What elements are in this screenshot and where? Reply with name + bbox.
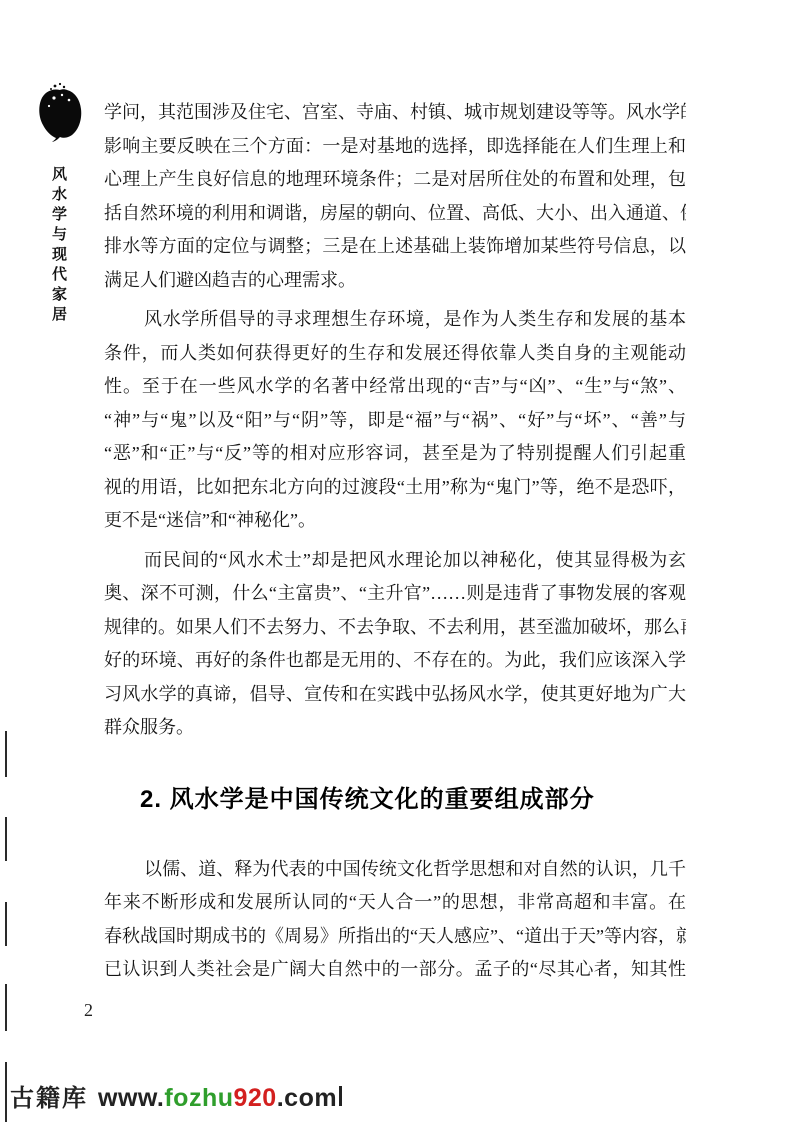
paragraph-block-top: 学问，其范围涉及住宅、宫室、寺庙、村镇、城市规划建设等等。风水学的影响主要反映在…	[104, 96, 686, 745]
watermark-library-name: 古籍库	[10, 1078, 88, 1113]
spine-edge-mark	[5, 902, 7, 946]
text-line: 以儒、道、释为代表的中国传统文化哲学思想和对自然的认识，几千	[104, 853, 686, 887]
truncated-glyph	[339, 1086, 342, 1106]
spine-edge-mark	[5, 731, 7, 777]
text-line: “恶”和“正”与“反”等的相对应形容词，甚至是为了特别提醒人们引起重	[104, 437, 686, 471]
text-line: 满足人们避凶趋吉的心理需求。	[104, 264, 686, 298]
spine-edge-mark	[5, 984, 7, 1031]
text-line: 习风水学的真谛，倡导、宣传和在实践中弘扬风水学，使其更好地为广大	[104, 678, 686, 712]
text-line: 条件，而人类如何获得更好的生存和发展还得依靠人类自身的主观能动	[104, 337, 686, 371]
book-page: 风水学与现代家居 学问，其范围涉及住宅、宫室、寺庙、村镇、城市规划建设等等。风水…	[0, 0, 793, 1122]
watermark-url-tld: .com	[277, 1084, 337, 1113]
text-line: 春秋战国时期成书的《周易》所指出的“天人感应”、“道出于天”等内容，就	[104, 920, 686, 954]
text-line: 更不是“迷信”和“神秘化”。	[104, 504, 686, 538]
spine-edge-mark	[5, 817, 7, 861]
spine-edge-mark	[5, 1062, 7, 1122]
text-line: 排水等方面的定位与调整；三是在上述基础上装饰增加某些符号信息，以	[104, 230, 686, 264]
paragraph: 学问，其范围涉及住宅、宫室、寺庙、村镇、城市规划建设等等。风水学的影响主要反映在…	[104, 96, 686, 297]
text-line: 风水学所倡导的寻求理想生存环境，是作为人类生存和发展的基本	[104, 303, 686, 337]
text-line: 好的环境、再好的条件也都是无用的、不存在的。为此，我们应该深入学	[104, 644, 686, 678]
section-heading: 2. 风水学是中国传统文化的重要组成部分	[140, 785, 686, 815]
text-line: 影响主要反映在三个方面：一是对基地的选择，即选择能在人们生理上和	[104, 130, 686, 164]
watermark-url-www: www.	[98, 1084, 164, 1113]
watermark-url-number: 920	[234, 1084, 277, 1113]
paragraph: 而民间的“风水术士”却是把风水理论加以神秘化，使其显得极为玄奥、深不可测，什么“…	[104, 544, 686, 745]
text-line: 奥、深不可测，什么“主富贵”、“主升官”……则是违背了事物发展的客观	[104, 577, 686, 611]
text-line: 而民间的“风水术士”却是把风水理论加以神秘化，使其显得极为玄	[104, 544, 686, 578]
text-line: 学问，其范围涉及住宅、宫室、寺庙、村镇、城市规划建设等等。风水学的	[104, 96, 686, 130]
paragraph-block-bottom: 以儒、道、释为代表的中国传统文化哲学思想和对自然的认识，几千年来不断形成和发展所…	[104, 853, 686, 987]
text-column: 学问，其范围涉及住宅、宫室、寺庙、村镇、城市规划建设等等。风水学的影响主要反映在…	[104, 96, 686, 993]
ink-stamp-icon	[34, 82, 86, 142]
text-line: 规律的。如果人们不去努力、不去争取、不去利用，甚至滥加破坏，那么再	[104, 611, 686, 645]
text-line: “神”与“鬼”以及“阳”与“阴”等，即是“福”与“祸”、“好”与“坏”、“善”与	[104, 404, 686, 438]
watermark-url-name: fozhu	[164, 1084, 233, 1113]
text-line: 年来不断形成和发展所认同的“天人合一”的思想，非常高超和丰富。在	[104, 886, 686, 920]
text-line: 心理上产生良好信息的地理环境条件；二是对居所住处的布置和处理，包	[104, 163, 686, 197]
book-title-vertical: 风水学与现代家居	[48, 166, 69, 336]
text-line: 群众服务。	[104, 711, 686, 745]
text-line: 括自然环境的利用和调谐，房屋的朝向、位置、高低、大小、出入通道、供水	[104, 197, 686, 231]
text-line: 性。至于在一些风水学的名著中经常出现的“吉”与“凶”、“生”与“煞”、	[104, 370, 686, 404]
paragraph: 以儒、道、释为代表的中国传统文化哲学思想和对自然的认识，几千年来不断形成和发展所…	[104, 853, 686, 987]
watermark-footer: 古籍库 www. fozhu 920 .com	[10, 1078, 342, 1113]
text-line: 已认识到人类社会是广阔大自然中的一部分。孟子的“尽其心者，知其性	[104, 953, 686, 987]
page-number: 2	[84, 1000, 93, 1021]
paragraph: 风水学所倡导的寻求理想生存环境，是作为人类生存和发展的基本条件，而人类如何获得更…	[104, 303, 686, 538]
text-line: 视的用语，比如把东北方向的过渡段“土用”称为“鬼门”等，绝不是恐吓，	[104, 471, 686, 505]
